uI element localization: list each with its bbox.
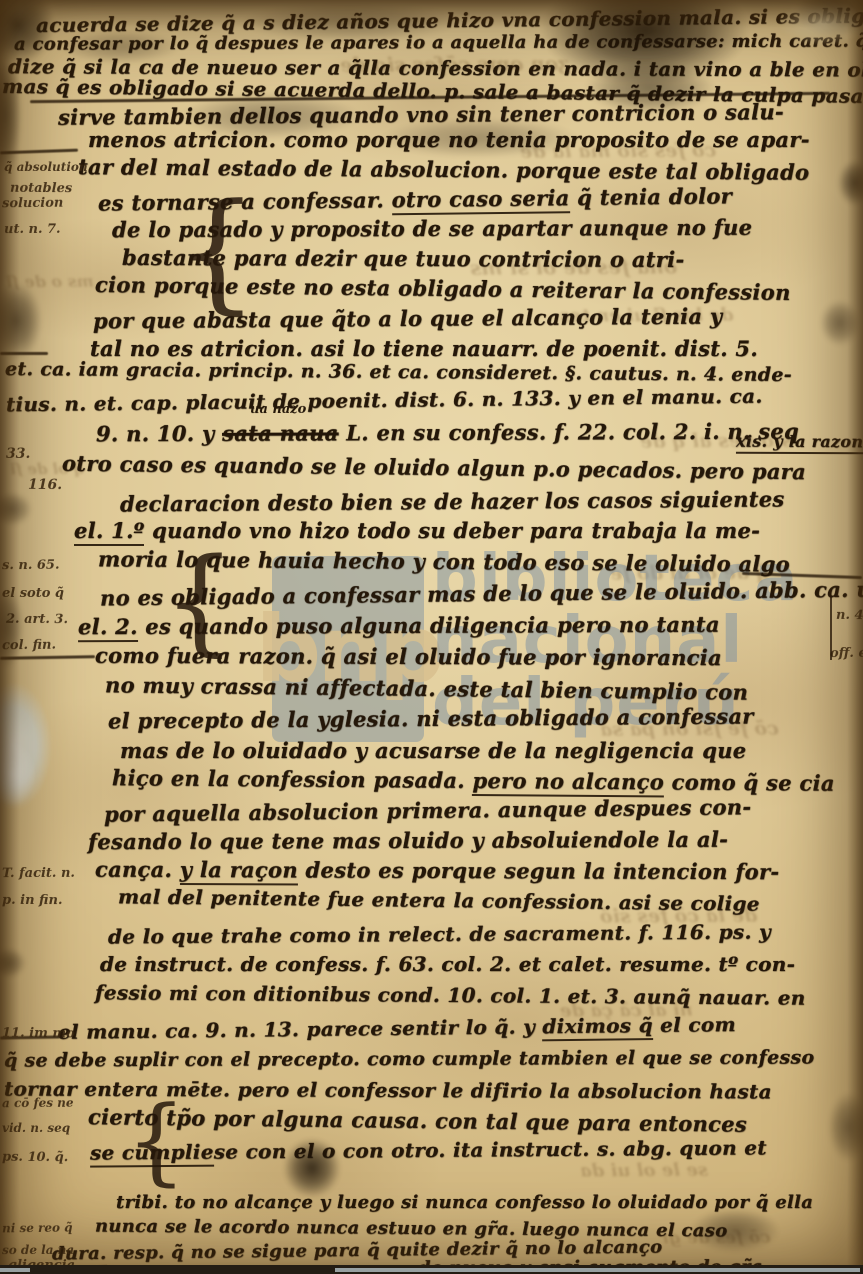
ink-stain — [828, 1092, 863, 1162]
margin-note: n. 4 — [836, 608, 863, 623]
margin-note: q̃ absolution — [4, 160, 88, 174]
ink-stain — [838, 160, 863, 206]
ink-stain — [0, 948, 26, 978]
manuscript-line: fesando lo que tene mas oluido y absolui… — [88, 827, 728, 854]
margin-note: 11. im mo — [2, 1026, 75, 1042]
margin-note: so de la na — [2, 1243, 74, 1257]
paper-hole-highlight — [0, 742, 36, 806]
manuscript-line: no muy crassa ni affectada. este tal bie… — [105, 672, 748, 704]
margin-bracket-line — [830, 596, 832, 660]
margin-note: solucion — [2, 196, 64, 212]
margin-note: s. n. 65. — [2, 558, 60, 573]
paper-hole — [0, 682, 52, 810]
manuscript-line: fessio mi con ditionibus cond. 10. col. … — [95, 980, 806, 1009]
bottom-edge-highlight — [335, 1268, 860, 1272]
margin-note: 33. — [6, 446, 30, 462]
margin-note: a cō fes ne — [2, 1096, 74, 1111]
margin-note: vid. n. seq — [2, 1121, 70, 1135]
manuscript-line: et. ca. iam gracia. princip. n. 36. et c… — [5, 358, 792, 386]
margin-note: p. in fin. — [2, 893, 63, 908]
manuscript-line: tribi. to no alcançe y luego si nunca co… — [116, 1192, 813, 1213]
margin-note: T. facit. n. — [2, 866, 75, 881]
margin-note: ps. 10. q̃. — [2, 1150, 68, 1166]
manuscript-line: 9. n. 10. y sata naua L. en su confess. … — [96, 419, 799, 447]
edge-shadow-right — [847, 0, 863, 1274]
manuscript-line: por aquella absolucion primera. aunque d… — [104, 794, 752, 826]
manuscript-page: ʒon oms cõfes sio decõ fes siõ ma la deo… — [0, 0, 863, 1274]
manuscript-line: xis. y la razon. — [736, 432, 863, 452]
ink-stain — [0, 282, 42, 360]
margin-note: ni se reo q̃ — [2, 1221, 73, 1236]
ink-stain — [820, 300, 860, 346]
margin-brace: { — [126, 1094, 186, 1189]
manuscript-line: tornar entera mēte. pero el confessor le… — [4, 1077, 772, 1104]
page-bottom-edge — [0, 1265, 863, 1274]
manuscript-line: declaracion desto bien se de hazer los c… — [120, 486, 785, 516]
margin-note: 2. art. 3. — [6, 612, 68, 627]
manuscript-line: menos atricion. como porque no tenia pro… — [88, 127, 810, 152]
bleedthrough-text: ms o de ſi — [6, 272, 94, 292]
manuscript-line: de lo que trahe como in relect. de sacra… — [108, 919, 771, 948]
margin-brace: { — [176, 186, 259, 316]
margin-note: ut. n. 7. — [4, 222, 61, 237]
manuscript-line: tal no es atricion. asi lo tiene nauarr.… — [90, 336, 758, 361]
manuscript-line: mas de lo oluidado y acusarse de la negl… — [120, 738, 746, 763]
manuscript-line: a confesar por lo q̃ despues le apares i… — [14, 30, 863, 55]
manuscript-line: hiço en la confession pasada. pero no al… — [112, 765, 835, 796]
margin-brace: { — [163, 544, 236, 659]
margin-note: notables — [10, 181, 72, 196]
manuscript-line: sirve tambien dellos quando vno sin tene… — [58, 99, 784, 130]
light-patch — [778, 0, 863, 46]
manuscript-line: cança. y la raçon desto es porque segun … — [95, 857, 779, 885]
manuscript-line: el precepto de la yglesia. ni esta oblig… — [108, 704, 754, 734]
margin-note: 116. — [28, 477, 62, 493]
bleedthrough-text: se le ol ui da — [580, 1160, 708, 1182]
manuscript-line: otro caso es quando se le oluido algun p… — [62, 451, 806, 485]
margin-note: col. fin. — [2, 638, 56, 654]
manuscript-line: de instruct. de confess. f. 63. col. 2. … — [100, 952, 795, 976]
manuscript-line: mal del penitente fue entera la confessi… — [118, 884, 760, 915]
margin-note: off. e — [830, 646, 863, 661]
manuscript-line: q̃ se debe suplir con el precepto. como … — [4, 1046, 815, 1071]
manuscript-line: cierto tp̃o por alguna causa. con tal qu… — [88, 1104, 747, 1137]
ink-rule — [0, 149, 78, 155]
ink-rule — [0, 352, 48, 355]
margin-note: el soto q̃ — [2, 586, 64, 601]
ink-rule — [0, 655, 95, 660]
ink-stain — [0, 492, 32, 526]
bottom-edge-highlight — [0, 1268, 30, 1272]
interlinear-insert: ua nazo — [250, 402, 306, 417]
manuscript-line: el manu. ca. 9. n. 13. parece sentir lo … — [58, 1012, 736, 1044]
manuscript-line: tius. n. et. cap. placuit de poenit. dis… — [6, 384, 763, 417]
